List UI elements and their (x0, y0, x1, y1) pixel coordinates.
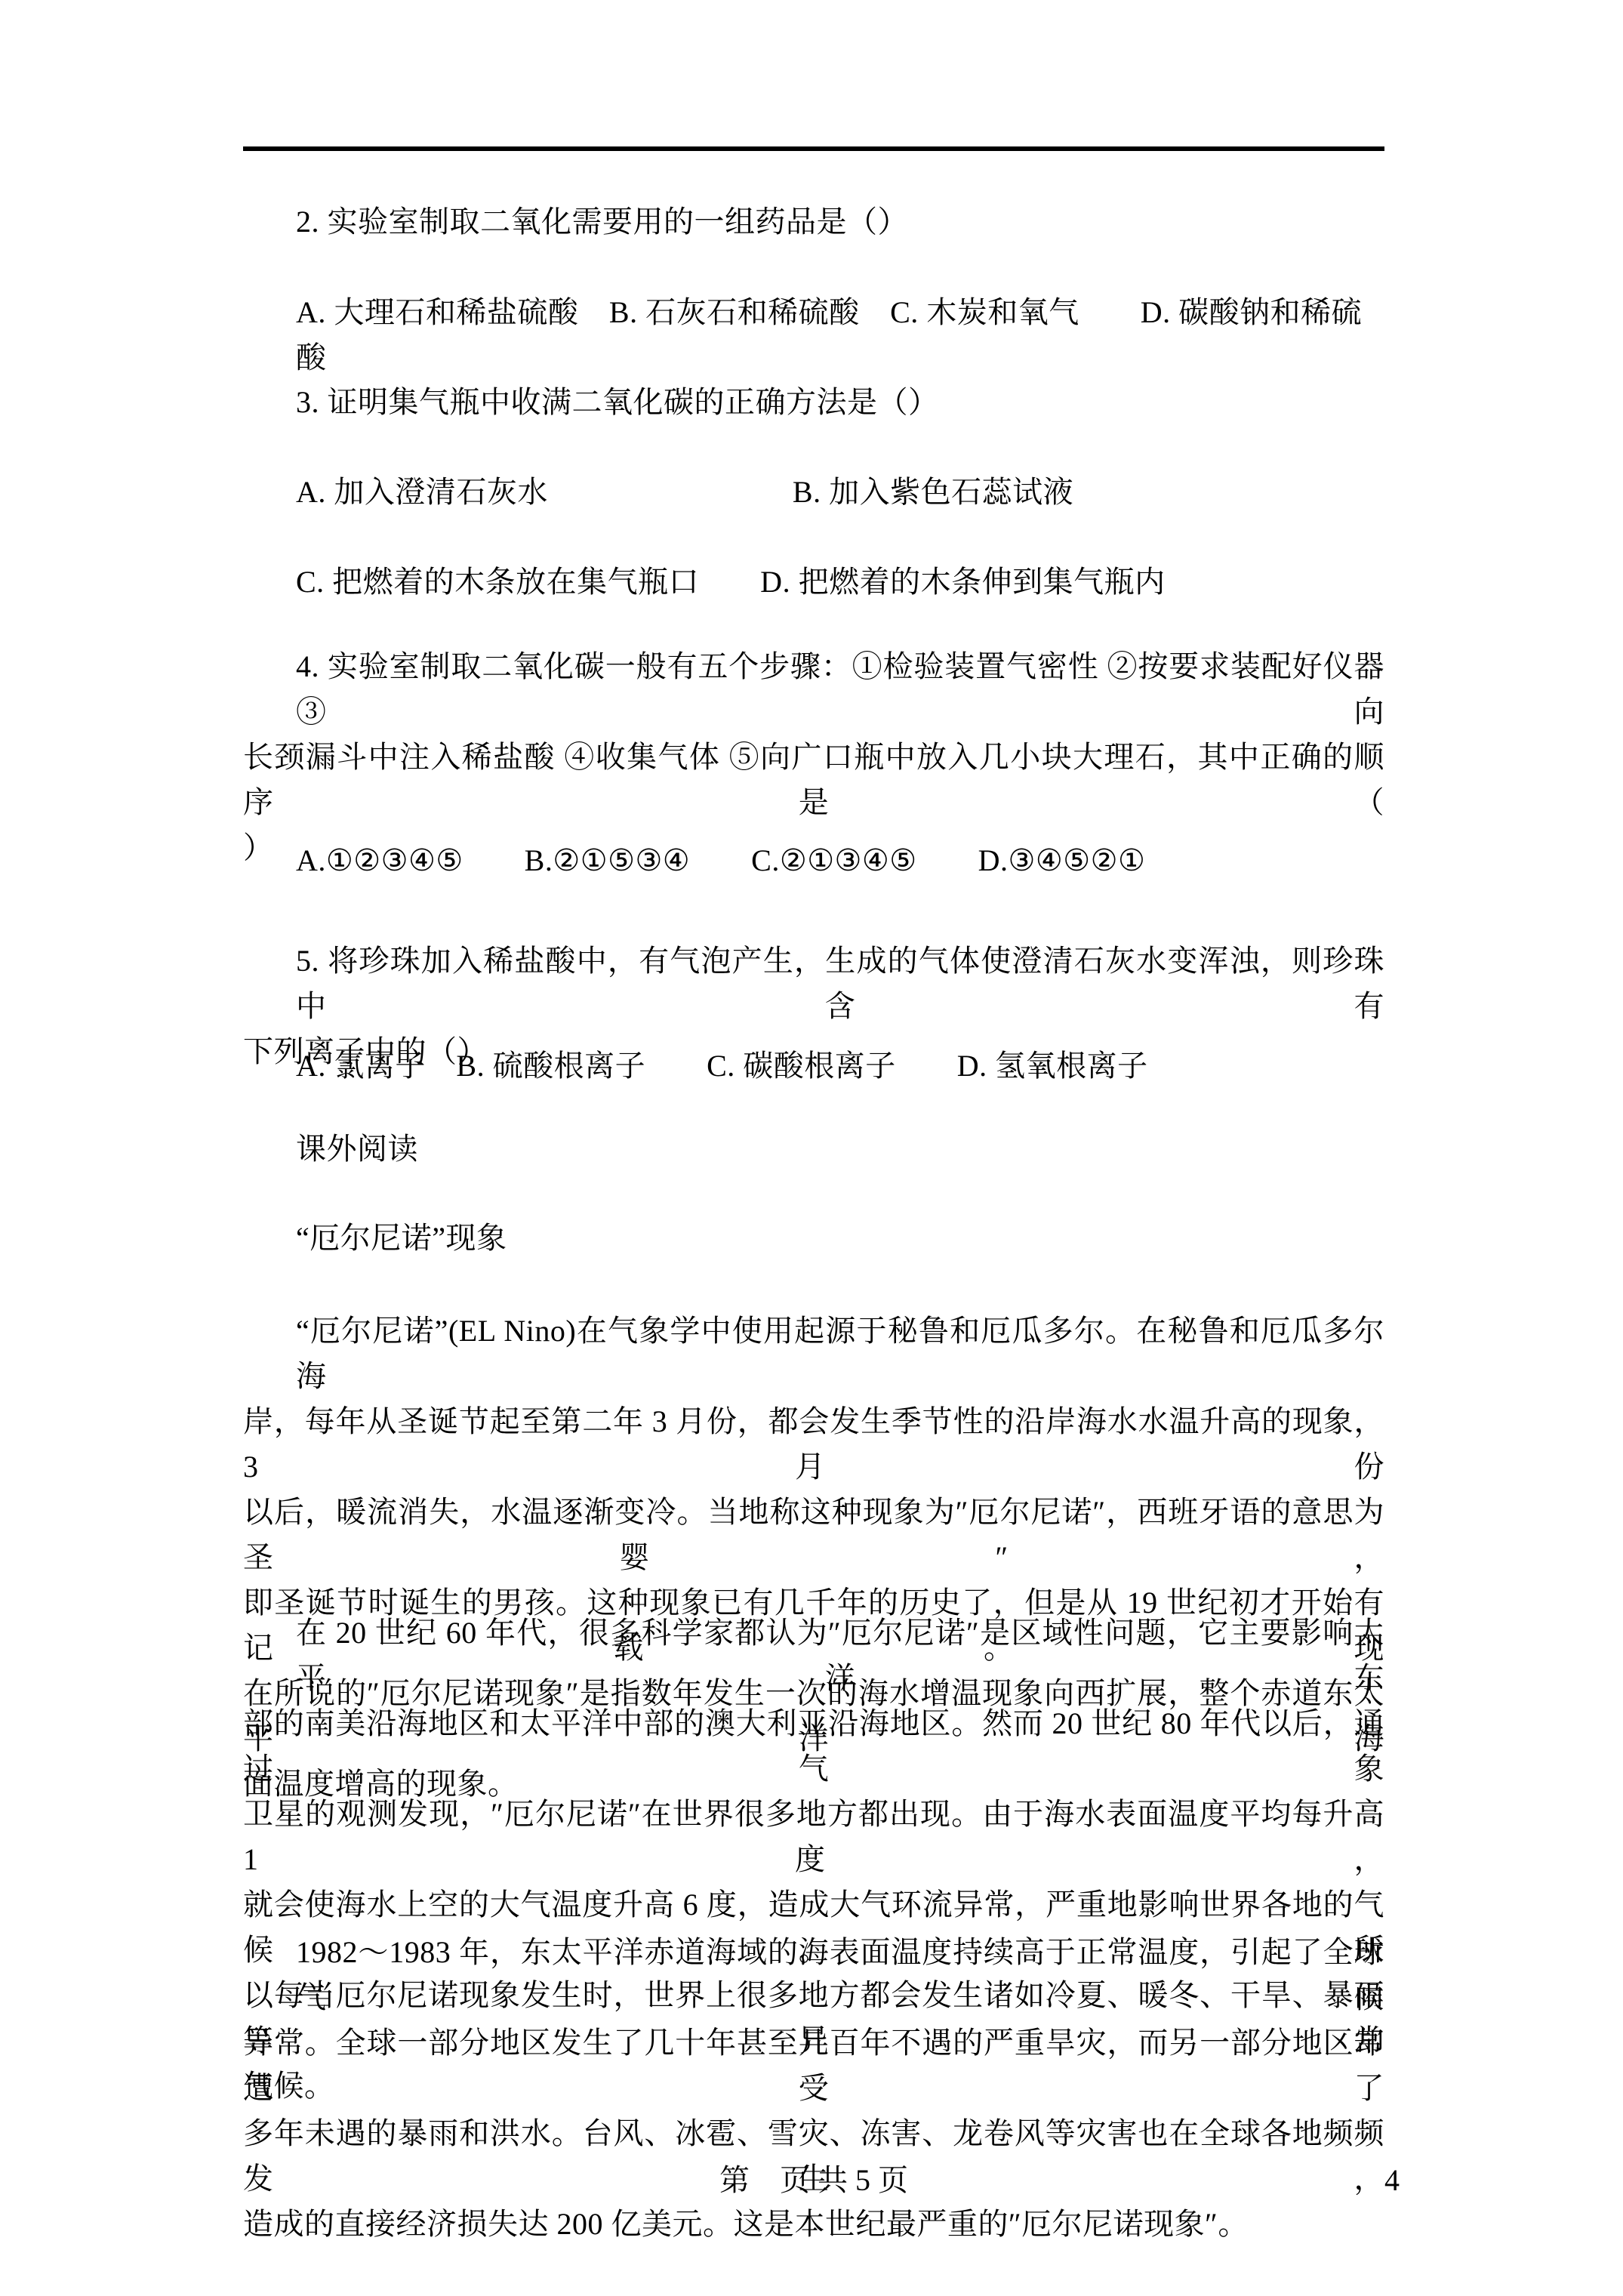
question-4-line-2: 长颈漏斗中注入稀盐酸 ④收集气体 ⑤向广口瓶中放入几小块大理石，其中正确的顺序是… (243, 735, 1384, 825)
question-3-options-ab: A. 加入澄清石灰水 B. 加入紫色石蕊试液 (243, 470, 1384, 515)
paragraph-1-line-3: 以后，暖流消失，水温逐渐变冷。当地称这种现象为″厄尔尼诺″，西班牙语的意思为圣婴… (243, 1490, 1384, 1580)
question-3-options-cd: C. 把燃着的木条放在集气瓶口 D. 把燃着的木条伸到集气瓶内 (243, 559, 1384, 605)
text-column: 2. 实验室制取二氧化需要用的一组药品是（） A. 大理石和稀盐硫酸 B. 石灰… (243, 0, 1384, 2296)
question-4-options: A.①②③④⑤ B.②①⑤③④ C.②①③④⑤ D.③④⑤②① (243, 838, 1384, 883)
footer-page-label: 第 页 共 5 页 (243, 2158, 1384, 2203)
paragraph-2-line-1: 在 20 世纪 60 年代，很多科学家都认为″厄尔尼诺″是区域性问题，它主要影响… (243, 1610, 1384, 1701)
reading-section-heading-text: 课外阅读 (243, 1126, 1384, 1172)
paragraph-1-line-1: “厄尔尼诺”(EL Nino)在气象学中使用起源于秘鲁和厄瓜多尔。在秘鲁和厄瓜多… (243, 1308, 1384, 1399)
paragraph-3-line-2: 异常。全球一部分地区发生了几十年甚至几百年不遇的严重旱灾，而另一部分地区却遭受了 (243, 2020, 1384, 2111)
question-3-text: 3. 证明集气瓶中收满二氧化碳的正确方法是（） (243, 380, 1384, 425)
reading-section-heading: 课外阅读 (243, 1126, 1384, 1172)
question-5-line-1: 5. 将珍珠加入稀盐酸中，有气泡产生，生成的气体使澄清石灰水变浑浊，则珍珠中含有 (243, 938, 1384, 1029)
question-3: 3. 证明集气瓶中收满二氧化碳的正确方法是（） (243, 380, 1384, 425)
question-3-options-ab-text: A. 加入澄清石灰水 B. 加入紫色石蕊试液 (243, 470, 1384, 515)
question-4-options-text: A.①②③④⑤ B.②①⑤③④ C.②①③④⑤ D.③④⑤②① (243, 838, 1384, 883)
question-4: 4. 实验室制取二氧化碳一般有五个步骤：①检验装置气密性 ②按要求装配好仪器 ③… (243, 644, 1384, 871)
question-2: 2. 实验室制取二氧化需要用的一组药品是（） (243, 199, 1384, 245)
page-number: 4 (1384, 2158, 1400, 2203)
article-title-text: “厄尔尼诺”现象 (243, 1216, 1384, 1261)
question-5-options-text: A. 氯离子 B. 硫酸根离子 C. 碳酸根离子 D. 氢氧根离子 (243, 1043, 1384, 1089)
paragraph-1-line-2: 岸，每年从圣诞节起至第二年 3 月份，都会发生季节性的沿岸海水水温升高的现象，3… (243, 1399, 1384, 1490)
document-page: 2. 实验室制取二氧化需要用的一组药品是（） A. 大理石和稀盐硫酸 B. 石灰… (0, 0, 1623, 2296)
question-2-options: A. 大理石和稀盐硫酸 B. 石灰石和稀硫酸 C. 木炭和氧气 D. 碳酸钠和稀… (243, 290, 1384, 381)
paragraph-3-line-1: 1982～1983 年，东太平洋赤道海域的海表面温度持续高于正常温度，引起了全球… (243, 1930, 1384, 2020)
paragraph-2-line-2: 部的南美沿海地区和太平洋中部的澳大利亚沿海地区。然而 20 世纪 80 年代以后… (243, 1701, 1384, 1792)
question-4-line-1: 4. 实验室制取二氧化碳一般有五个步骤：①检验装置气密性 ②按要求装配好仪器 ③… (243, 644, 1384, 735)
paragraph-2-line-3: 卫星的观测发现，″厄尔尼诺″在世界很多地方都出现。由于海水表面温度平均每升高 1… (243, 1792, 1384, 1882)
question-5-options: A. 氯离子 B. 硫酸根离子 C. 碳酸根离子 D. 氢氧根离子 (243, 1043, 1384, 1089)
paragraph-3-line-4: 造成的直接经济损失达 200 亿美元。这是本世纪最严重的″厄尔尼诺现象″。 (243, 2202, 1384, 2247)
header-rule (243, 146, 1384, 151)
question-2-options-text: A. 大理石和稀盐硫酸 B. 石灰石和稀硫酸 C. 木炭和氧气 D. 碳酸钠和稀… (243, 290, 1384, 381)
question-2-text: 2. 实验室制取二氧化需要用的一组药品是（） (243, 199, 1384, 245)
question-3-options-cd-text: C. 把燃着的木条放在集气瓶口 D. 把燃着的木条伸到集气瓶内 (243, 559, 1384, 605)
page-footer: 第 页 共 5 页 4 (243, 2158, 1384, 2203)
article-title: “厄尔尼诺”现象 (243, 1216, 1384, 1261)
